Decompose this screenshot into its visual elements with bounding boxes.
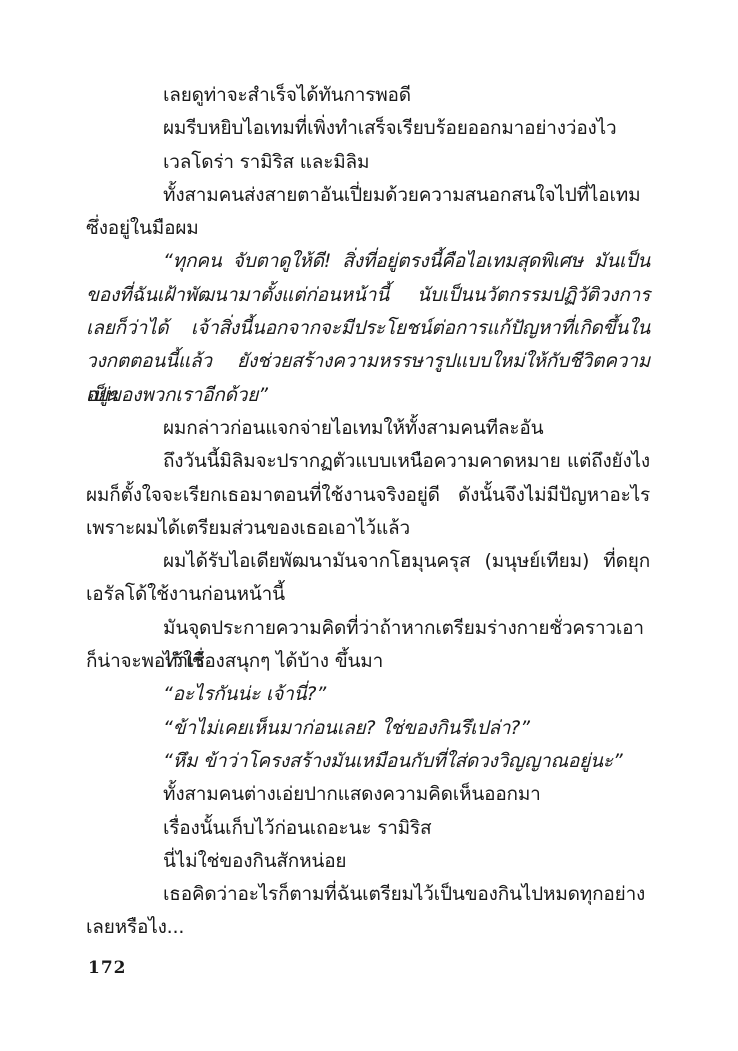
text-line: เพราะผมได้เตรียมส่วนของเธอเอาไว้แล้ว [86, 512, 650, 545]
text-line: ทั้งสามคนส่งสายตาอันเปี่ยมด้วยความสนอกสน… [86, 179, 650, 212]
text-line: ผมก็ตั้งใจจะเรียกเธอมาตอนที่ใช้งานจริงอย… [86, 479, 650, 512]
dialogue-line: “ทุกคน จับตาดูให้ดี! สิ่งที่อยู่ตรงนี้คื… [86, 245, 650, 278]
text-line: เธอคิดว่าอะไรก็ตามที่ฉันเตรียมไว้เป็นของ… [86, 878, 650, 911]
book-page-body: เลยดูท่าจะสำเร็จได้ทันการพอดี ผมรีบหยิบไ… [86, 79, 650, 945]
text-line: ผมรีบหยิบไอเทมที่เพิ่งทำเสร็จเรียบร้อยออ… [86, 112, 650, 145]
text-line: ถึงวันนี้มิลิมจะปรากฏตัวแบบเหนือความคาดห… [86, 445, 650, 478]
dialogue-line: “อะไรกันน่ะ เจ้านี่?” [86, 678, 650, 711]
text-line: เรื่องนั้นเก็บไว้ก่อนเถอะนะ รามิริส [86, 812, 650, 845]
dialogue-line: วงกตตอนนี้แล้ว ยังช่วยสร้างความหรรษารูปแ… [86, 345, 650, 378]
text-line: ก็น่าจะพอทำเรื่องสนุกๆ ได้บ้าง ขึ้นมา [86, 645, 650, 678]
text-line: มันจุดประกายความคิดที่ว่าถ้าหากเตรียมร่า… [86, 612, 650, 645]
dialogue-line: “หึม ข้าว่าโครงสร้างมันเหมือนกับที่ใส่ดว… [86, 745, 650, 778]
text-line: ผมกล่าวก่อนแจกจ่ายไอเทมให้ทั้งสามคนทีละอ… [86, 412, 650, 445]
text-line: เวลโดร่า รามิริส และมิลิม [86, 146, 650, 179]
page-number: 172 [88, 958, 127, 978]
dialogue-line: ของที่ฉันเฝ้าพัฒนามาตั้งแต่ก่อนหน้านี้ น… [86, 279, 650, 312]
text-line: นี่ไม่ใช่ของกินสักหน่อย [86, 845, 650, 878]
text-line: เลยหรือไง... [86, 911, 650, 944]
text-line: เลยดูท่าจะสำเร็จได้ทันการพอดี [86, 79, 650, 112]
text-line: เอรัลโด้ใช้งานก่อนหน้านี้ [86, 578, 650, 611]
text-line: ผมได้รับไอเดียพัฒนามันจากโฮมุนครุส (มนุษ… [86, 545, 650, 578]
dialogue-line: อยู่ของพวกเราอีกด้วย” [86, 379, 650, 412]
text-line: ทั้งสามคนต่างเอ่ยปากแสดงความคิดเห็นออกมา [86, 778, 650, 811]
dialogue-line: “ข้าไม่เคยเห็นมาก่อนเลย? ใช่ของกินรึเปล่… [86, 712, 650, 745]
dialogue-line: เลยก็ว่าได้ เจ้าสิ่งนี้นอกจากจะมีประโยชน… [86, 312, 650, 345]
text-line: ซึ่งอยู่ในมือผม [86, 212, 650, 245]
